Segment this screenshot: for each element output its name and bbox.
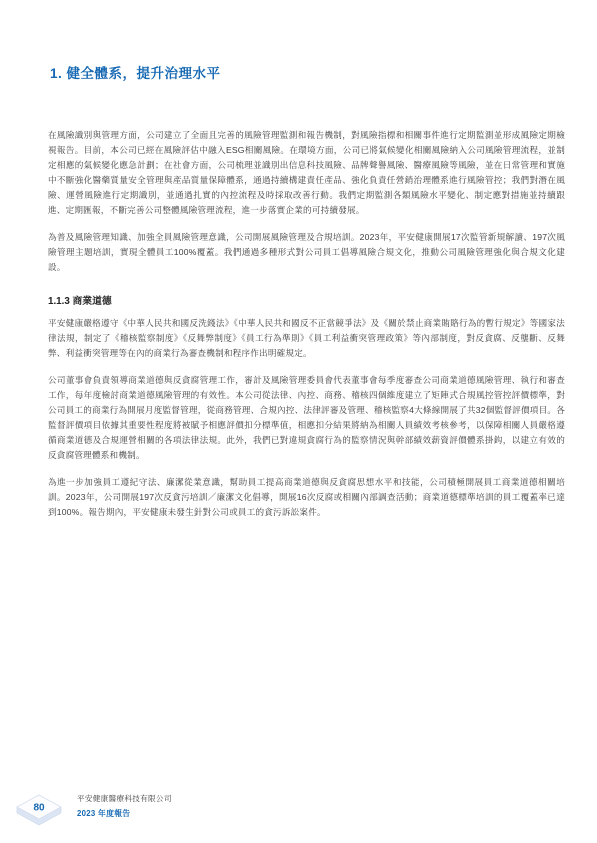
page-number: 80: [33, 803, 45, 814]
report-page: 1. 健全體系，提升治理水平 在風險識別與管理方面，公司建立了全面且完善的風險管…: [0, 0, 597, 843]
paragraph-compliance-laws: 平安健康嚴格遵守《中華人民共和國反洗錢法》《中華人民共和國反不正當競爭法》及《關…: [48, 316, 565, 361]
paragraph-risk-training: 為普及風險管理知識、加強全員風險管理意識，公司開展風險管理及合規培訓。2023年…: [48, 230, 565, 275]
paragraph-board-oversight: 公司董事會負責領導商業道德與反貪腐管理工作，審計及風險管理委員會代表董事會每季度…: [48, 373, 565, 463]
report-title: 2023 年度報告: [77, 808, 172, 819]
section-heading: 1. 健全體系，提升治理水平: [50, 62, 565, 82]
page-footer: 80 平安健康醫療科技有限公司 2023 年度報告: [0, 788, 597, 843]
page-number-cube-icon: 80: [15, 790, 63, 832]
company-name: 平安健康醫療科技有限公司: [77, 793, 172, 804]
paragraph-risk-management: 在風險識別與管理方面，公司建立了全面且完善的風險管理監測和報告機制，對風險指標和…: [48, 128, 565, 218]
page-content: 1. 健全體系，提升治理水平 在風險識別與管理方面，公司建立了全面且完善的風險管…: [48, 62, 565, 532]
subsection-heading: 1.1.3 商業道德: [48, 293, 565, 307]
page-number-badge: 80: [15, 790, 63, 832]
paragraph-employee-training: 為進一步加強員工遵紀守法、廉潔從業意識，幫助員工提高商業道德與反貪腐思想水平和技…: [48, 475, 565, 520]
footer-text-block: 平安健康醫療科技有限公司 2023 年度報告: [77, 793, 172, 819]
